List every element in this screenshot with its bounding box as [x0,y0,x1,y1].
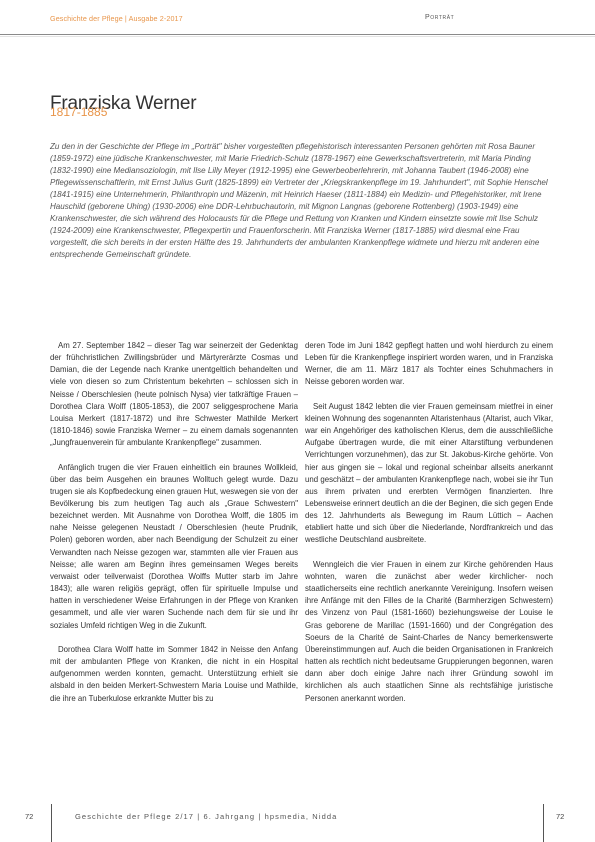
paragraph: Dorothea Clara Wolff hatte im Sommer 184… [50,644,298,705]
body-column-right: deren Tode im Juni 1842 gepflegt hatten … [305,340,553,717]
running-head-section: Porträt [425,14,454,21]
paragraph: Wenngleich die vier Frauen in einem zur … [305,559,553,705]
paragraph: Seit August 1842 lebten die vier Frauen … [305,401,553,547]
footer-divider-right [543,804,544,842]
footer-divider-left [51,804,52,842]
page-number-left: 72 [25,812,33,821]
paragraph: deren Tode im Juni 1842 gepflegt hatten … [305,340,553,389]
page-number-right: 72 [556,812,564,821]
footer-citation: Geschichte der Pflege 2/17 | 6. Jahrgang… [75,812,337,821]
header-divider-secondary [0,36,595,37]
paragraph: Anfänglich trugen die vier Frauen einhei… [50,462,298,632]
paragraph: Am 27. September 1842 – dieser Tag war s… [50,340,298,449]
running-head-journal: Geschichte der Pflege | Ausgabe 2-2017 [50,14,183,23]
article-intro: Zu den in der Geschichte der Pflege im „… [50,141,550,261]
body-column-left: Am 27. September 1842 – dieser Tag war s… [50,340,298,717]
article-years: 1817-1885 [50,105,107,119]
header-divider [0,34,595,35]
